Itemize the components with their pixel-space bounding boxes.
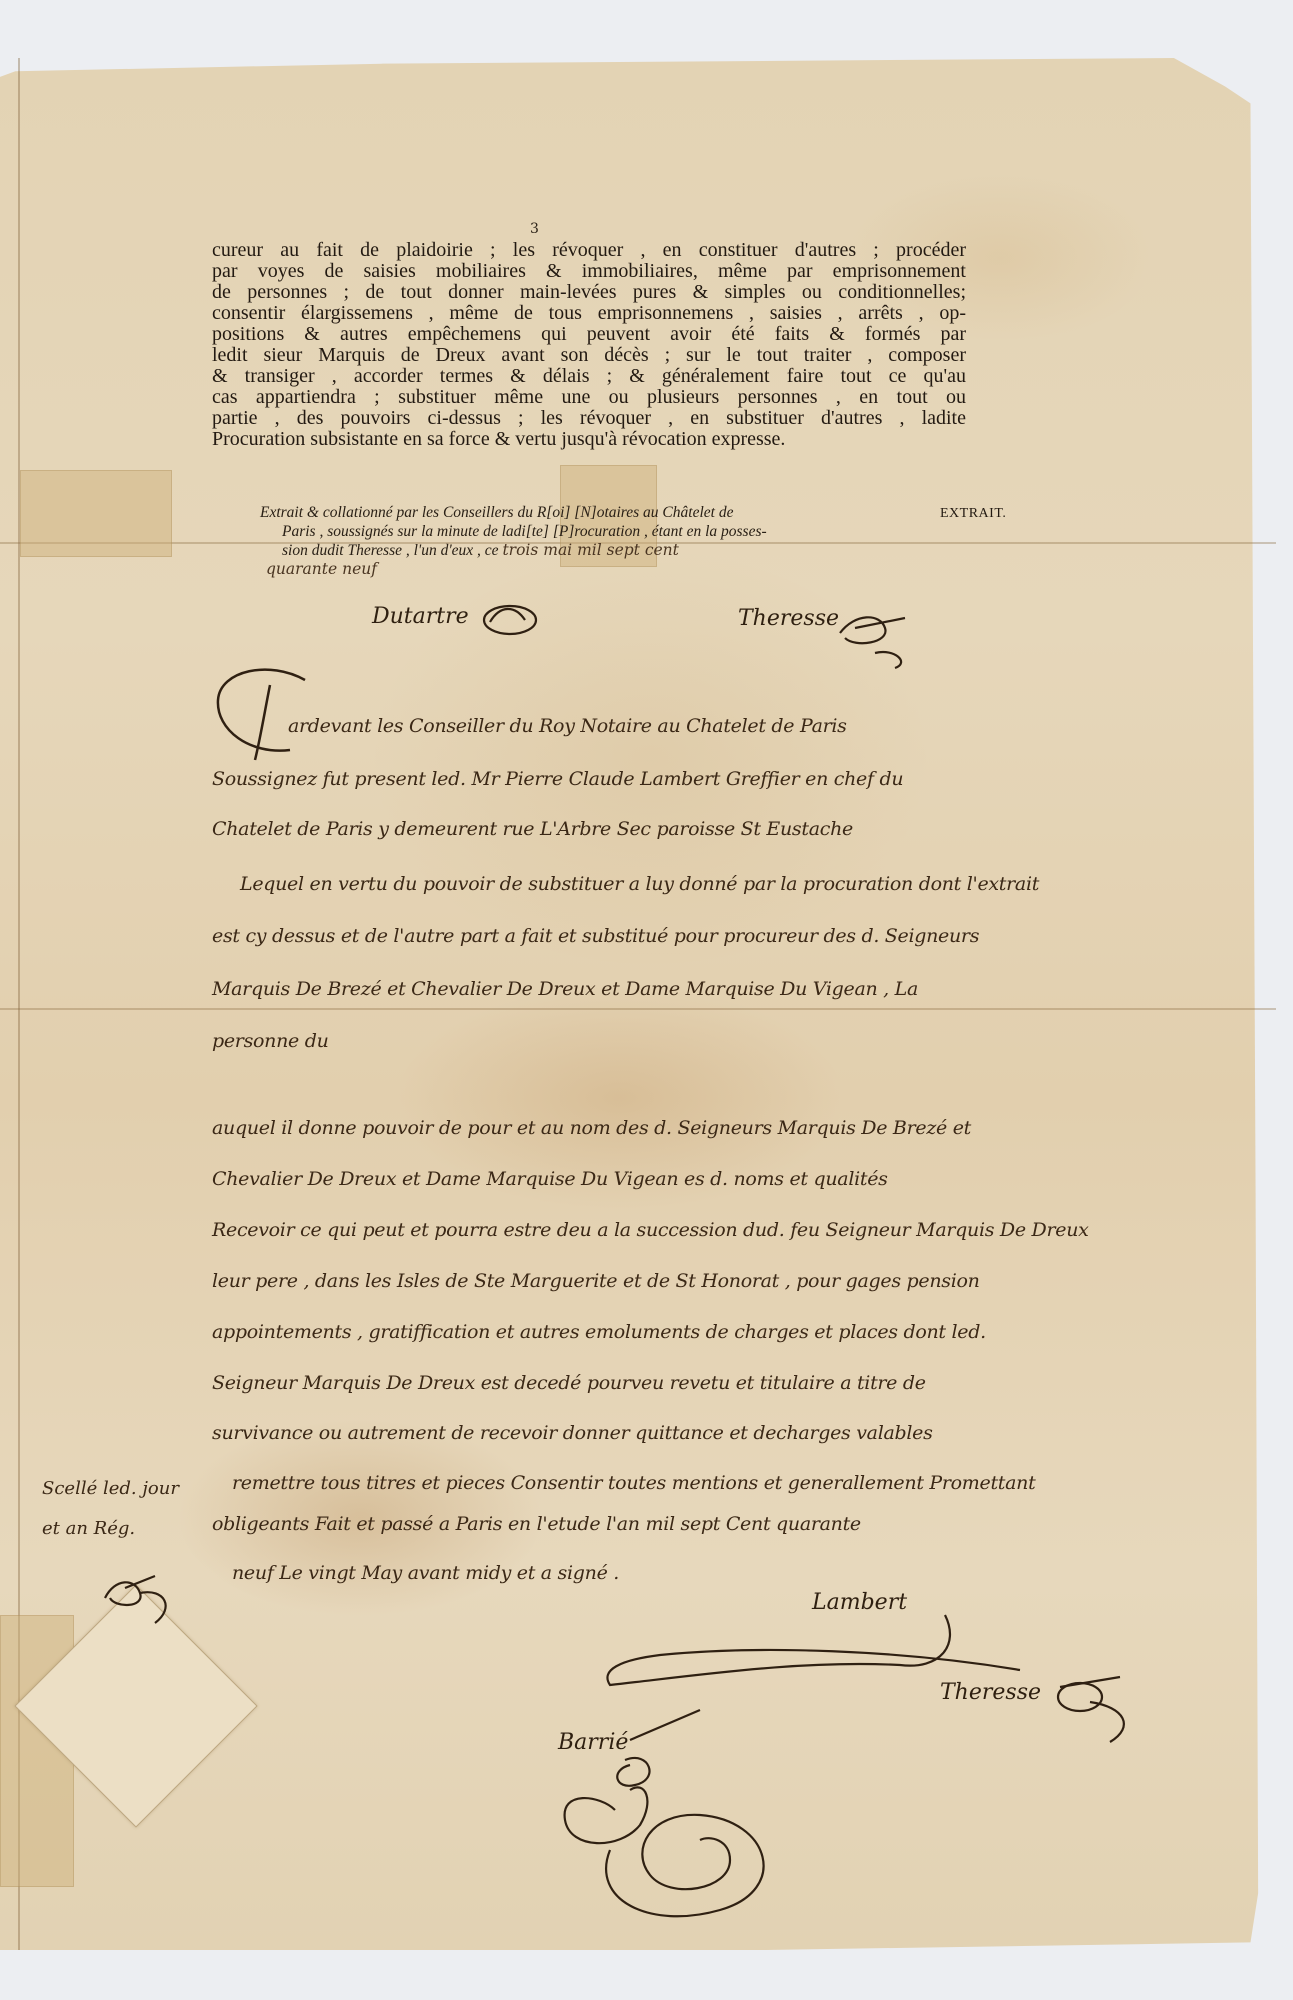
manuscript-line: Soussignez fut present led. Mr Pierre Cl… [212, 768, 903, 790]
printed-line: partie , des pouvoirs ci-dessus ; les ré… [212, 408, 966, 429]
repair-tape [20, 470, 172, 557]
extract-margin-label: EXTRAIT. [940, 506, 1006, 522]
paraph-flourish-icon [530, 1700, 790, 1940]
paraph-flourish-icon [835, 608, 915, 668]
printed-line: Procuration subsistante en sa force & ve… [212, 429, 966, 450]
paraph-flourish-icon [100, 1568, 180, 1628]
manuscript-line: appointements , gratiffication et autres… [212, 1321, 986, 1343]
manuscript-line: Chatelet de Paris y demeurent rue L'Arbr… [212, 818, 853, 840]
signature-theresse-final: Theresse [940, 1680, 1041, 1705]
extract-line: sion dudit Theresse , l'un d'eux , ce [282, 542, 499, 559]
printed-line: & transiger , accorder termes & délais ;… [212, 366, 966, 387]
extract-line: Paris , soussignés sur la minute de ladi… [260, 522, 960, 541]
manuscript-line: Lequel en vertu du pouvoir de substituer… [240, 873, 1039, 895]
manuscript-line: Seigneur Marquis De Dreux est decedé pou… [212, 1372, 926, 1394]
signature-dutartre: Dutartre [372, 604, 469, 629]
manuscript-line: obligeants Fait et passé a Paris en l'et… [212, 1513, 861, 1535]
manuscript-line: Recevoir ce qui peut et pourra estre deu… [212, 1219, 1089, 1241]
printed-line: ledit sieur Marquis de Dreux avant son d… [212, 345, 966, 366]
manuscript-line: survivance ou autrement de recevoir donn… [212, 1422, 933, 1444]
manuscript-line: personne du [212, 1030, 329, 1052]
margin-note: et an Rég. [42, 1518, 135, 1539]
paraph-flourish-icon [480, 600, 540, 640]
manuscript-line: ardevant les Conseiller du Roy Notaire a… [288, 715, 847, 737]
printed-line: de personnes ; de tout donner main-levée… [212, 282, 966, 303]
printed-line: consentir élargissemens , même de tous e… [212, 303, 966, 324]
signature-theresse: Theresse [738, 606, 839, 631]
manuscript-line: auquel il donne pouvoir de pour et au no… [212, 1117, 971, 1139]
manuscript-line: Marquis De Brezé et Chevalier De Dreux e… [212, 978, 918, 1000]
handwritten-date: trois mai mil sept cent [502, 541, 678, 559]
extract-block: Extrait & collationné par les Conseiller… [260, 503, 960, 579]
signature-lambert: Lambert [812, 1590, 907, 1615]
manuscript-line: Chevalier De Dreux et Dame Marquise Du V… [212, 1168, 888, 1190]
handwritten-date: quarante neuf [260, 560, 960, 579]
printed-line: par voyes de saisies mobiliaires & immob… [212, 261, 966, 282]
manuscript-line: est cy dessus et de l'autre part a fait … [212, 925, 979, 947]
printed-line: cas appartiendra ; substituer même une o… [212, 387, 966, 408]
fold-line-horizontal [0, 1008, 1276, 1010]
printed-line: positions & autres empêchemens qui peuve… [212, 324, 966, 345]
paraph-flourish-icon [1050, 1672, 1140, 1752]
manuscript-line: neuf Le vingt May avant midy et a signé … [232, 1562, 619, 1584]
printed-paragraph: cureur au fait de plaidoirie ; les révoq… [212, 240, 966, 450]
manuscript-line: remettre tous titres et pieces Consentir… [232, 1472, 1035, 1494]
extract-line: Extrait & collationné par les Conseiller… [260, 503, 960, 522]
printed-line: cureur au fait de plaidoirie ; les révoq… [212, 240, 966, 261]
manuscript-line: leur pere , dans les Isles de Ste Margue… [212, 1270, 980, 1292]
page-number: 3 [530, 221, 539, 237]
margin-note: Scellé led. jour [42, 1478, 179, 1499]
